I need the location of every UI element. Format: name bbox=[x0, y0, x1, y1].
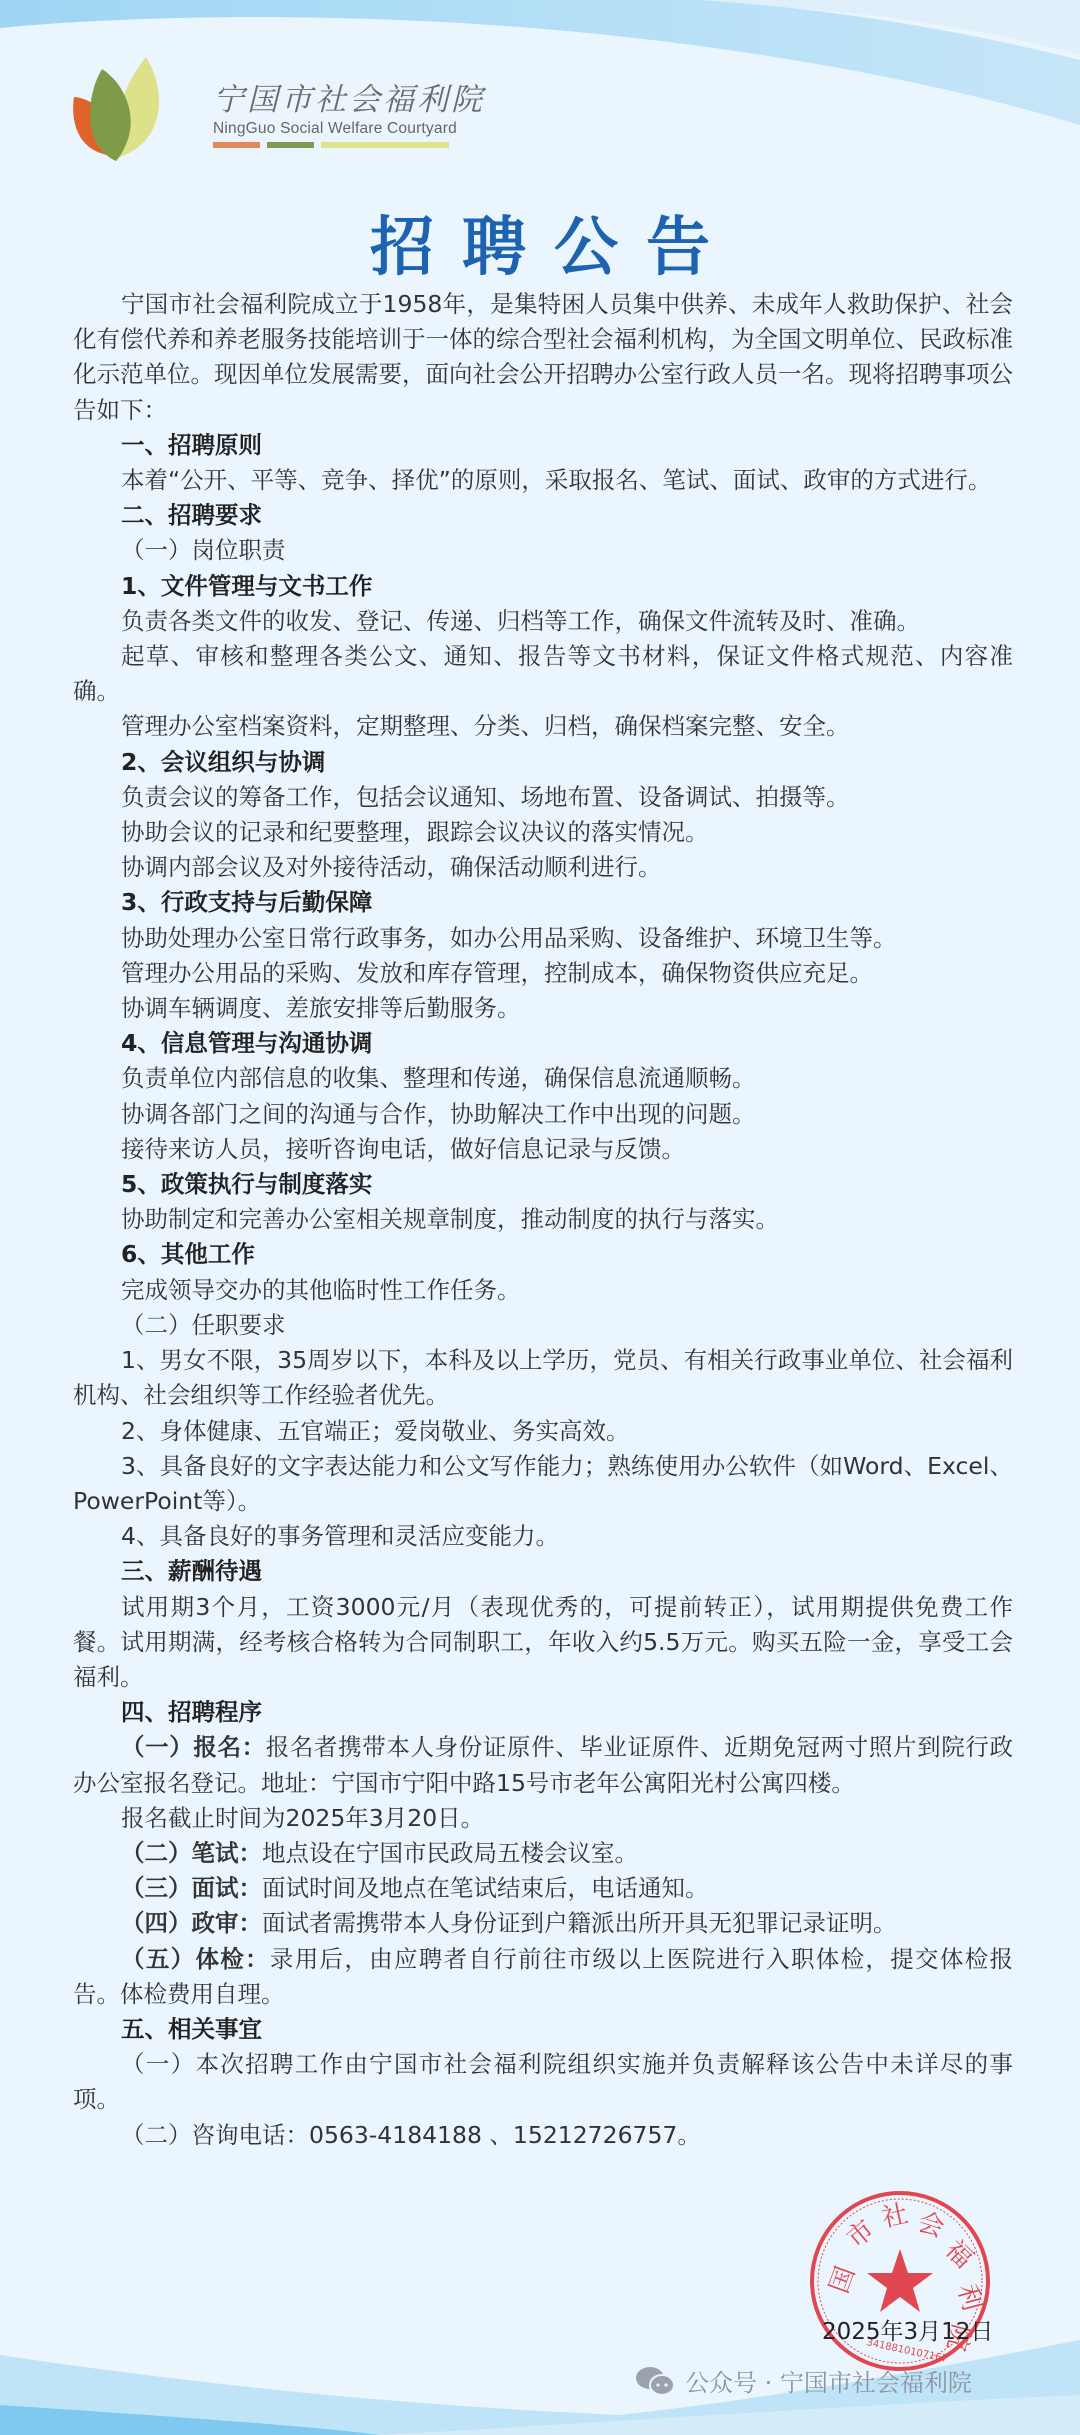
step-label: （一）报名： bbox=[121, 1733, 266, 1761]
procedure-step: （四）政审：面试者需携带本人身份证到户籍派出所开具无犯罪记录证明。 bbox=[73, 1906, 1013, 1941]
logo-name-cn: 宁国市社会福利院 bbox=[213, 82, 485, 118]
wechat-account-watermark: 公众号 · 宁国市社会福利院 bbox=[635, 2363, 972, 2398]
leaf-logo-icon bbox=[68, 55, 168, 165]
page-title: 招聘公告 bbox=[0, 196, 1080, 288]
duty-item: 起草、审核和整理各类公文、通知、报告等文书材料，保证文件格式规范、内容准确。 bbox=[73, 639, 1013, 709]
duty-title: 4、信息管理与沟通协调 bbox=[73, 1026, 1013, 1061]
official-seal-icon: 国 市 社 会 福 利 院 3418810107167 bbox=[806, 2187, 994, 2375]
related-item: （一）本次招聘工作由宁国市社会福利院组织实施并负责解释该公告中未详尽的事项。 bbox=[73, 2047, 1013, 2117]
related-item: （二）咨询电话：0563-4184188 、15212726757。 bbox=[73, 2118, 1013, 2153]
procedure-step: （三）面试：面试时间及地点在笔试结束后，电话通知。 bbox=[73, 1871, 1013, 1906]
duty-title: 2、会议组织与协调 bbox=[73, 745, 1013, 780]
intro-paragraph: 宁国市社会福利院成立于1958年，是集特困人员集中供养、未成年人救助保护、社会化… bbox=[73, 287, 1013, 428]
logo-name-en: NingGuo Social Welfare Courtyard bbox=[213, 120, 485, 138]
duty-item: 完成领导交办的其他临时性工作任务。 bbox=[73, 1273, 1013, 1308]
wechat-icon bbox=[635, 2365, 675, 2397]
requirement-item: 1、男女不限，35周岁以下，本科及以上学历，党员、有相关行政事业单位、社会福利机… bbox=[73, 1343, 1013, 1413]
procedure-step: （一）报名：报名者携带本人身份证原件、毕业证原件、近期免冠两寸照片到院行政办公室… bbox=[73, 1730, 1013, 1800]
requirement-item: 2、身体健康、五官端正；爱岗敬业、务实高效。 bbox=[73, 1414, 1013, 1449]
subsection-label: （一）岗位职责 bbox=[73, 533, 1013, 568]
step-label: （三）面试： bbox=[121, 1874, 262, 1902]
duty-item: 管理办公室档案资料，定期整理、分类、归档，确保档案完整、安全。 bbox=[73, 709, 1013, 744]
step-label: （四）政审： bbox=[121, 1909, 262, 1937]
requirement-item: 4、具备良好的事务管理和灵活应变能力。 bbox=[73, 1519, 1013, 1554]
logo-color-bars bbox=[213, 142, 485, 148]
section-text: 本着“公开、平等、竞争、择优”的原则，采取报名、笔试、面试、政审的方式进行。 bbox=[73, 463, 1013, 498]
svg-text:社: 社 bbox=[879, 2199, 911, 2234]
procedure-step: （二）笔试：地点设在宁国市民政局五楼会议室。 bbox=[73, 1836, 1013, 1871]
svg-text:福: 福 bbox=[939, 2235, 979, 2275]
announcement-body: 宁国市社会福利院成立于1958年，是集特困人员集中供养、未成年人救助保护、社会化… bbox=[73, 287, 1013, 2153]
step-text: 面试时间及地点在笔试结束后，电话通知。 bbox=[262, 1874, 709, 1902]
svg-text:会: 会 bbox=[914, 2207, 948, 2244]
duty-title: 6、其他工作 bbox=[73, 1237, 1013, 1272]
step-label: （二）笔试： bbox=[121, 1839, 262, 1867]
duty-item: 协助会议的记录和纪要整理，跟踪会议决议的落实情况。 bbox=[73, 815, 1013, 850]
duty-item: 接待来访人员，接听咨询电话，做好信息记录与反馈。 bbox=[73, 1132, 1013, 1167]
footer-text: 公众号 · 宁国市社会福利院 bbox=[685, 2363, 972, 2398]
duty-title: 5、政策执行与制度落实 bbox=[73, 1167, 1013, 1202]
salary-text: 试用期3个月，工资3000元/月（表现优秀的，可提前转正），试用期提供免费工作餐… bbox=[73, 1590, 1013, 1696]
duty-item: 协助制定和完善办公室相关规章制度，推动制度的执行与落实。 bbox=[73, 1202, 1013, 1237]
step-label: （五）体检： bbox=[121, 1945, 270, 1973]
duty-item: 负责各类文件的收发、登记、传递、归档等工作，确保文件流转及时、准确。 bbox=[73, 604, 1013, 639]
duty-item: 协调内部会议及对外接待活动，确保活动顺利进行。 bbox=[73, 850, 1013, 885]
procedure-step: （五）体检：录用后，由应聘者自行前往市级以上医院进行入职体检，提交体检报告。体检… bbox=[73, 1942, 1013, 2012]
duty-item: 管理办公用品的采购、发放和库存管理，控制成本，确保物资供应充足。 bbox=[73, 956, 1013, 991]
section-heading: 四、招聘程序 bbox=[73, 1695, 1013, 1730]
requirement-item: 3、具备良好的文字表达能力和公文写作能力；熟练使用办公软件（如Word、Exce… bbox=[73, 1449, 1013, 1519]
duty-item: 负责单位内部信息的收集、整理和传递，确保信息流通顺畅。 bbox=[73, 1061, 1013, 1096]
procedure-step: 报名截止时间为2025年3月20日。 bbox=[73, 1801, 1013, 1836]
svg-text:国: 国 bbox=[824, 2263, 861, 2298]
duty-item: 协调车辆调度、差旅安排等后勤服务。 bbox=[73, 991, 1013, 1026]
duty-item: 协调各部门之间的沟通与合作，协助解决工作中出现的问题。 bbox=[73, 1097, 1013, 1132]
section-heading: 三、薪酬待遇 bbox=[73, 1554, 1013, 1589]
step-text: 面试者需携带本人身份证到户籍派出所开具无犯罪记录证明。 bbox=[262, 1909, 897, 1937]
section-heading: 二、招聘要求 bbox=[73, 498, 1013, 533]
duty-item: 协助处理办公室日常行政事务，如办公用品采购、设备维护、环境卫生等。 bbox=[73, 921, 1013, 956]
duty-title: 1、文件管理与文书工作 bbox=[73, 569, 1013, 604]
section-heading: 五、相关事宜 bbox=[73, 2012, 1013, 2047]
duty-item: 负责会议的筹备工作，包括会议通知、场地布置、设备调试、拍摄等。 bbox=[73, 780, 1013, 815]
step-text: 报名截止时间为2025年3月20日。 bbox=[121, 1804, 484, 1832]
section-heading: 一、招聘原则 bbox=[73, 428, 1013, 463]
svg-text:市: 市 bbox=[841, 2215, 880, 2255]
step-text: 地点设在宁国市民政局五楼会议室。 bbox=[262, 1839, 638, 1867]
subsection-label: （二）任职要求 bbox=[73, 1308, 1013, 1343]
announcement-date: 2025年3月12日 bbox=[822, 2313, 993, 2346]
institution-logo: 宁国市社会福利院 NingGuo Social Welfare Courtyar… bbox=[68, 55, 485, 165]
duty-title: 3、行政支持与后勤保障 bbox=[73, 885, 1013, 920]
